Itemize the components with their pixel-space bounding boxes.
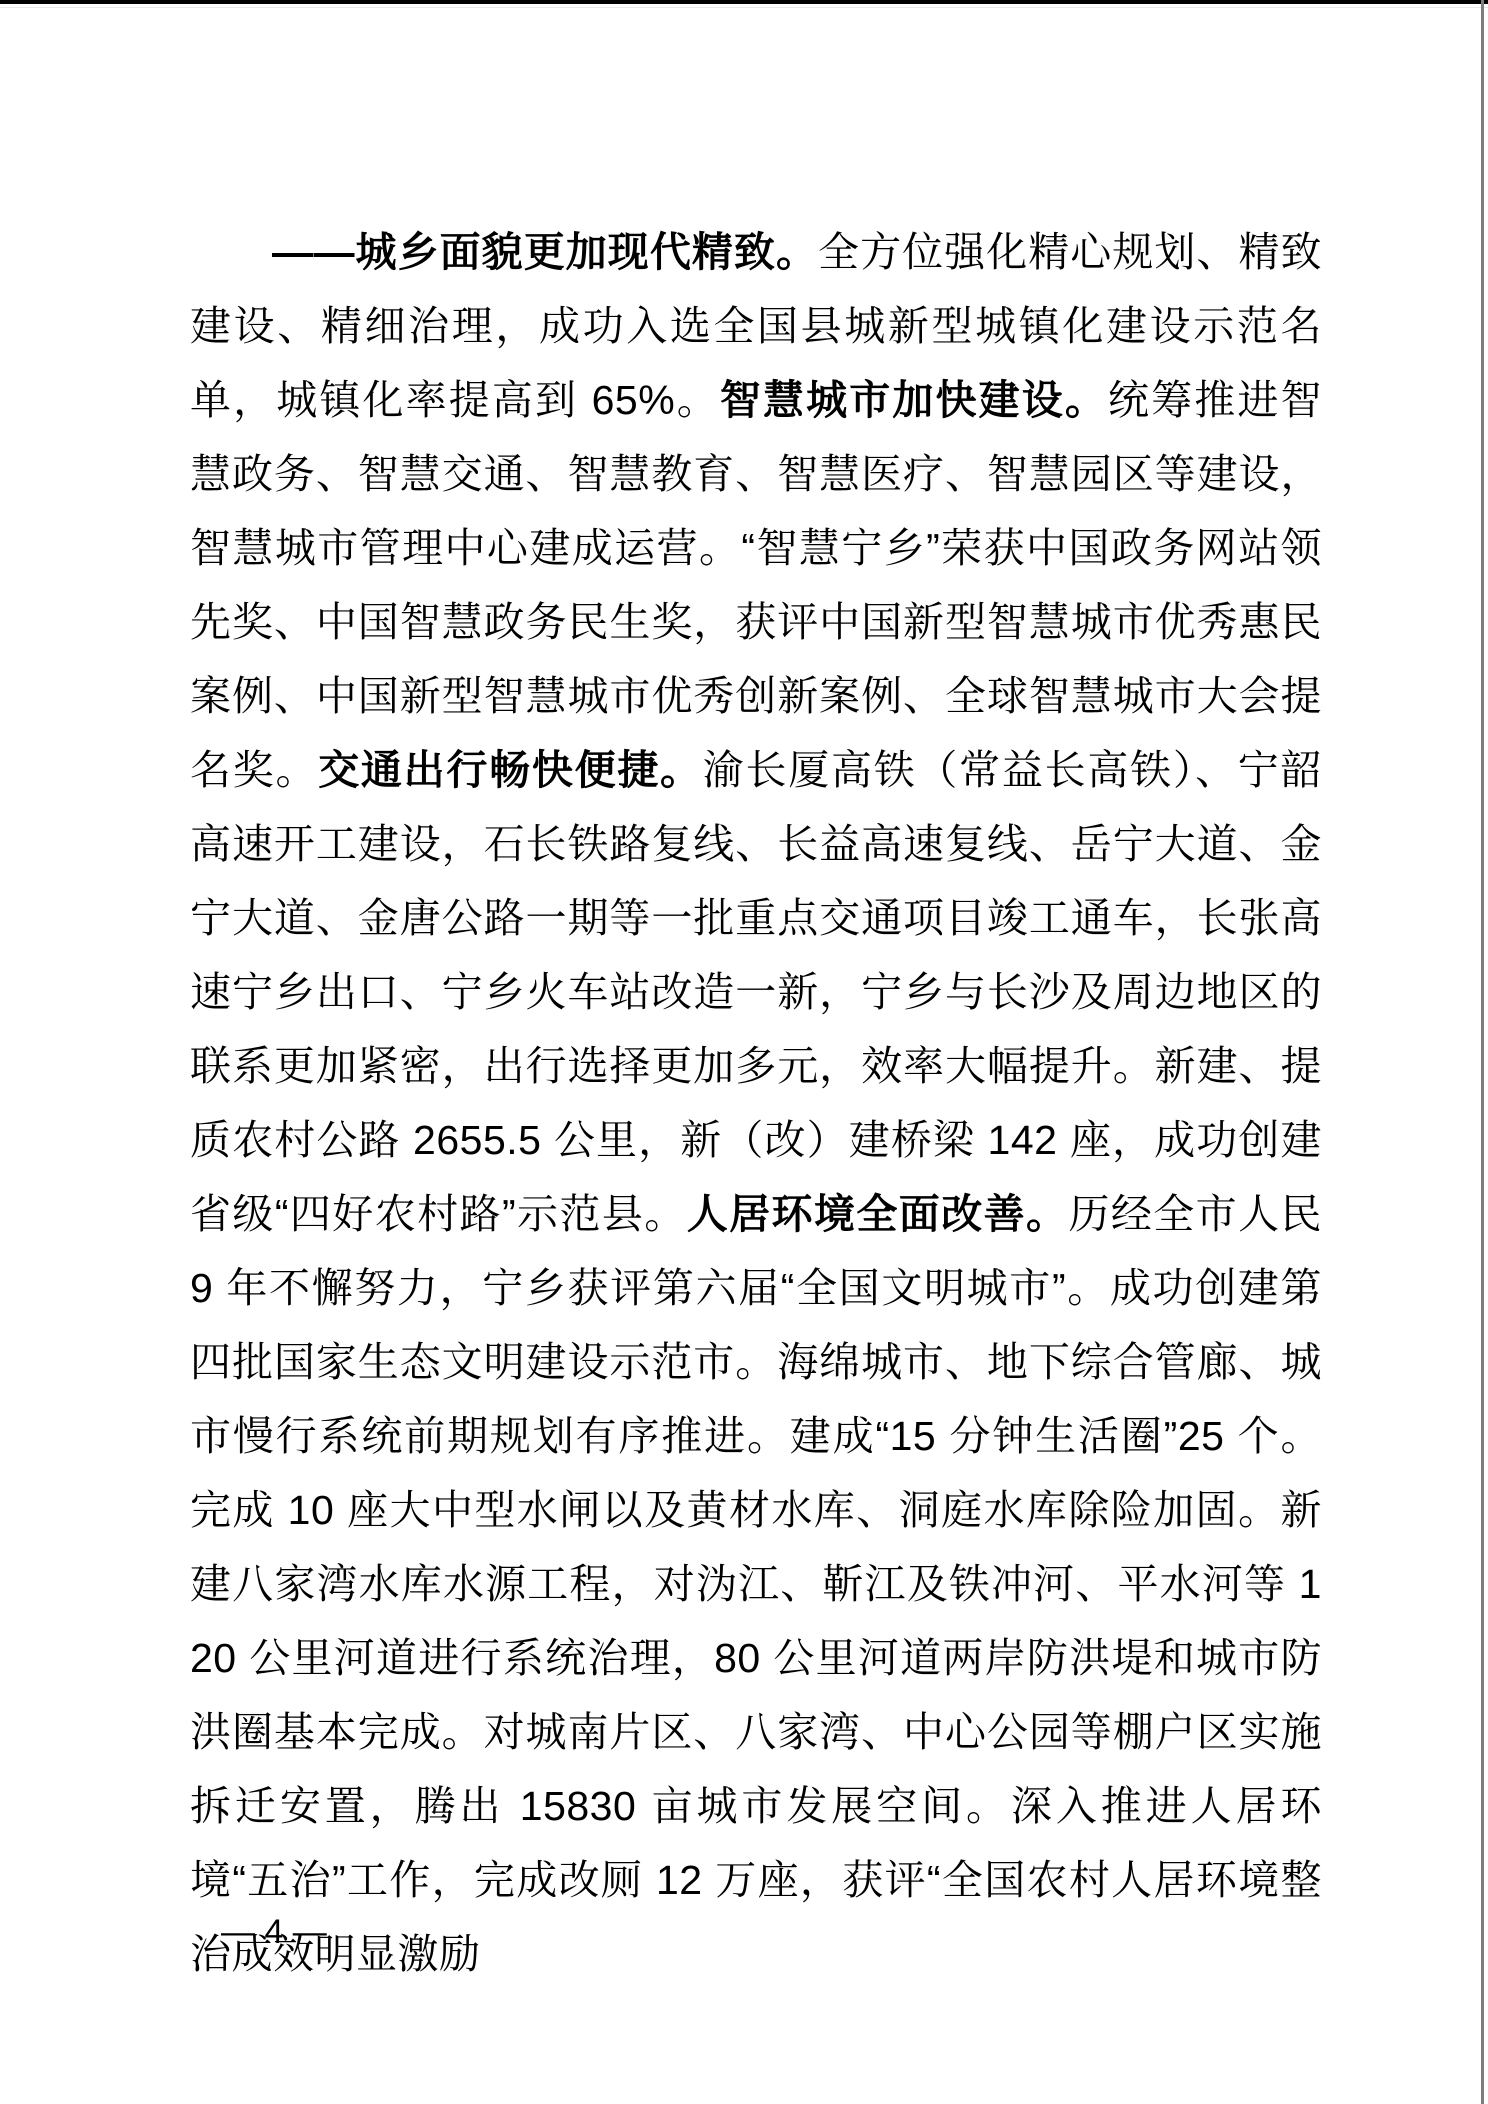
text-run: 统筹推进智慧政务、智慧交通、智慧教育、智慧医疗、智慧园区等建设，智慧城市管理中心…	[190, 377, 1322, 793]
page-number: — 4 —	[221, 1912, 327, 1952]
emphasis-run: ——城乡面貌更加现代精致。	[272, 229, 818, 275]
emphasis-run: 人居环境全面改善。	[687, 1191, 1069, 1237]
page-right-edge-line	[1481, 0, 1484, 2104]
report-paragraph: ——城乡面貌更加现代精致。全方位强化精心规划、精致建设、精细治理，成功入选全国县…	[190, 215, 1322, 1991]
page-top-edge-bar	[0, 0, 1488, 4]
emphasis-run: 智慧城市加快建设。	[720, 377, 1108, 423]
page-top-edge-shadow	[0, 7, 1488, 8]
emphasis-run: 交通出行畅快便捷。	[318, 747, 703, 793]
document-body: ——城乡面貌更加现代精致。全方位强化精心规划、精致建设、精细治理，成功入选全国县…	[190, 215, 1322, 1991]
text-run: 历经全市人民 9 年不懈努力，宁乡获评第六届“全国文明城市”。成功创建第四批国家…	[190, 1191, 1322, 1977]
document-page: ——城乡面貌更加现代精致。全方位强化精心规划、精致建设、精细治理，成功入选全国县…	[0, 0, 1488, 2104]
text-run: 渝长厦高铁（常益长高铁）、宁韶高速开工建设，石长铁路复线、长益高速复线、岳宁大道…	[190, 747, 1322, 1237]
